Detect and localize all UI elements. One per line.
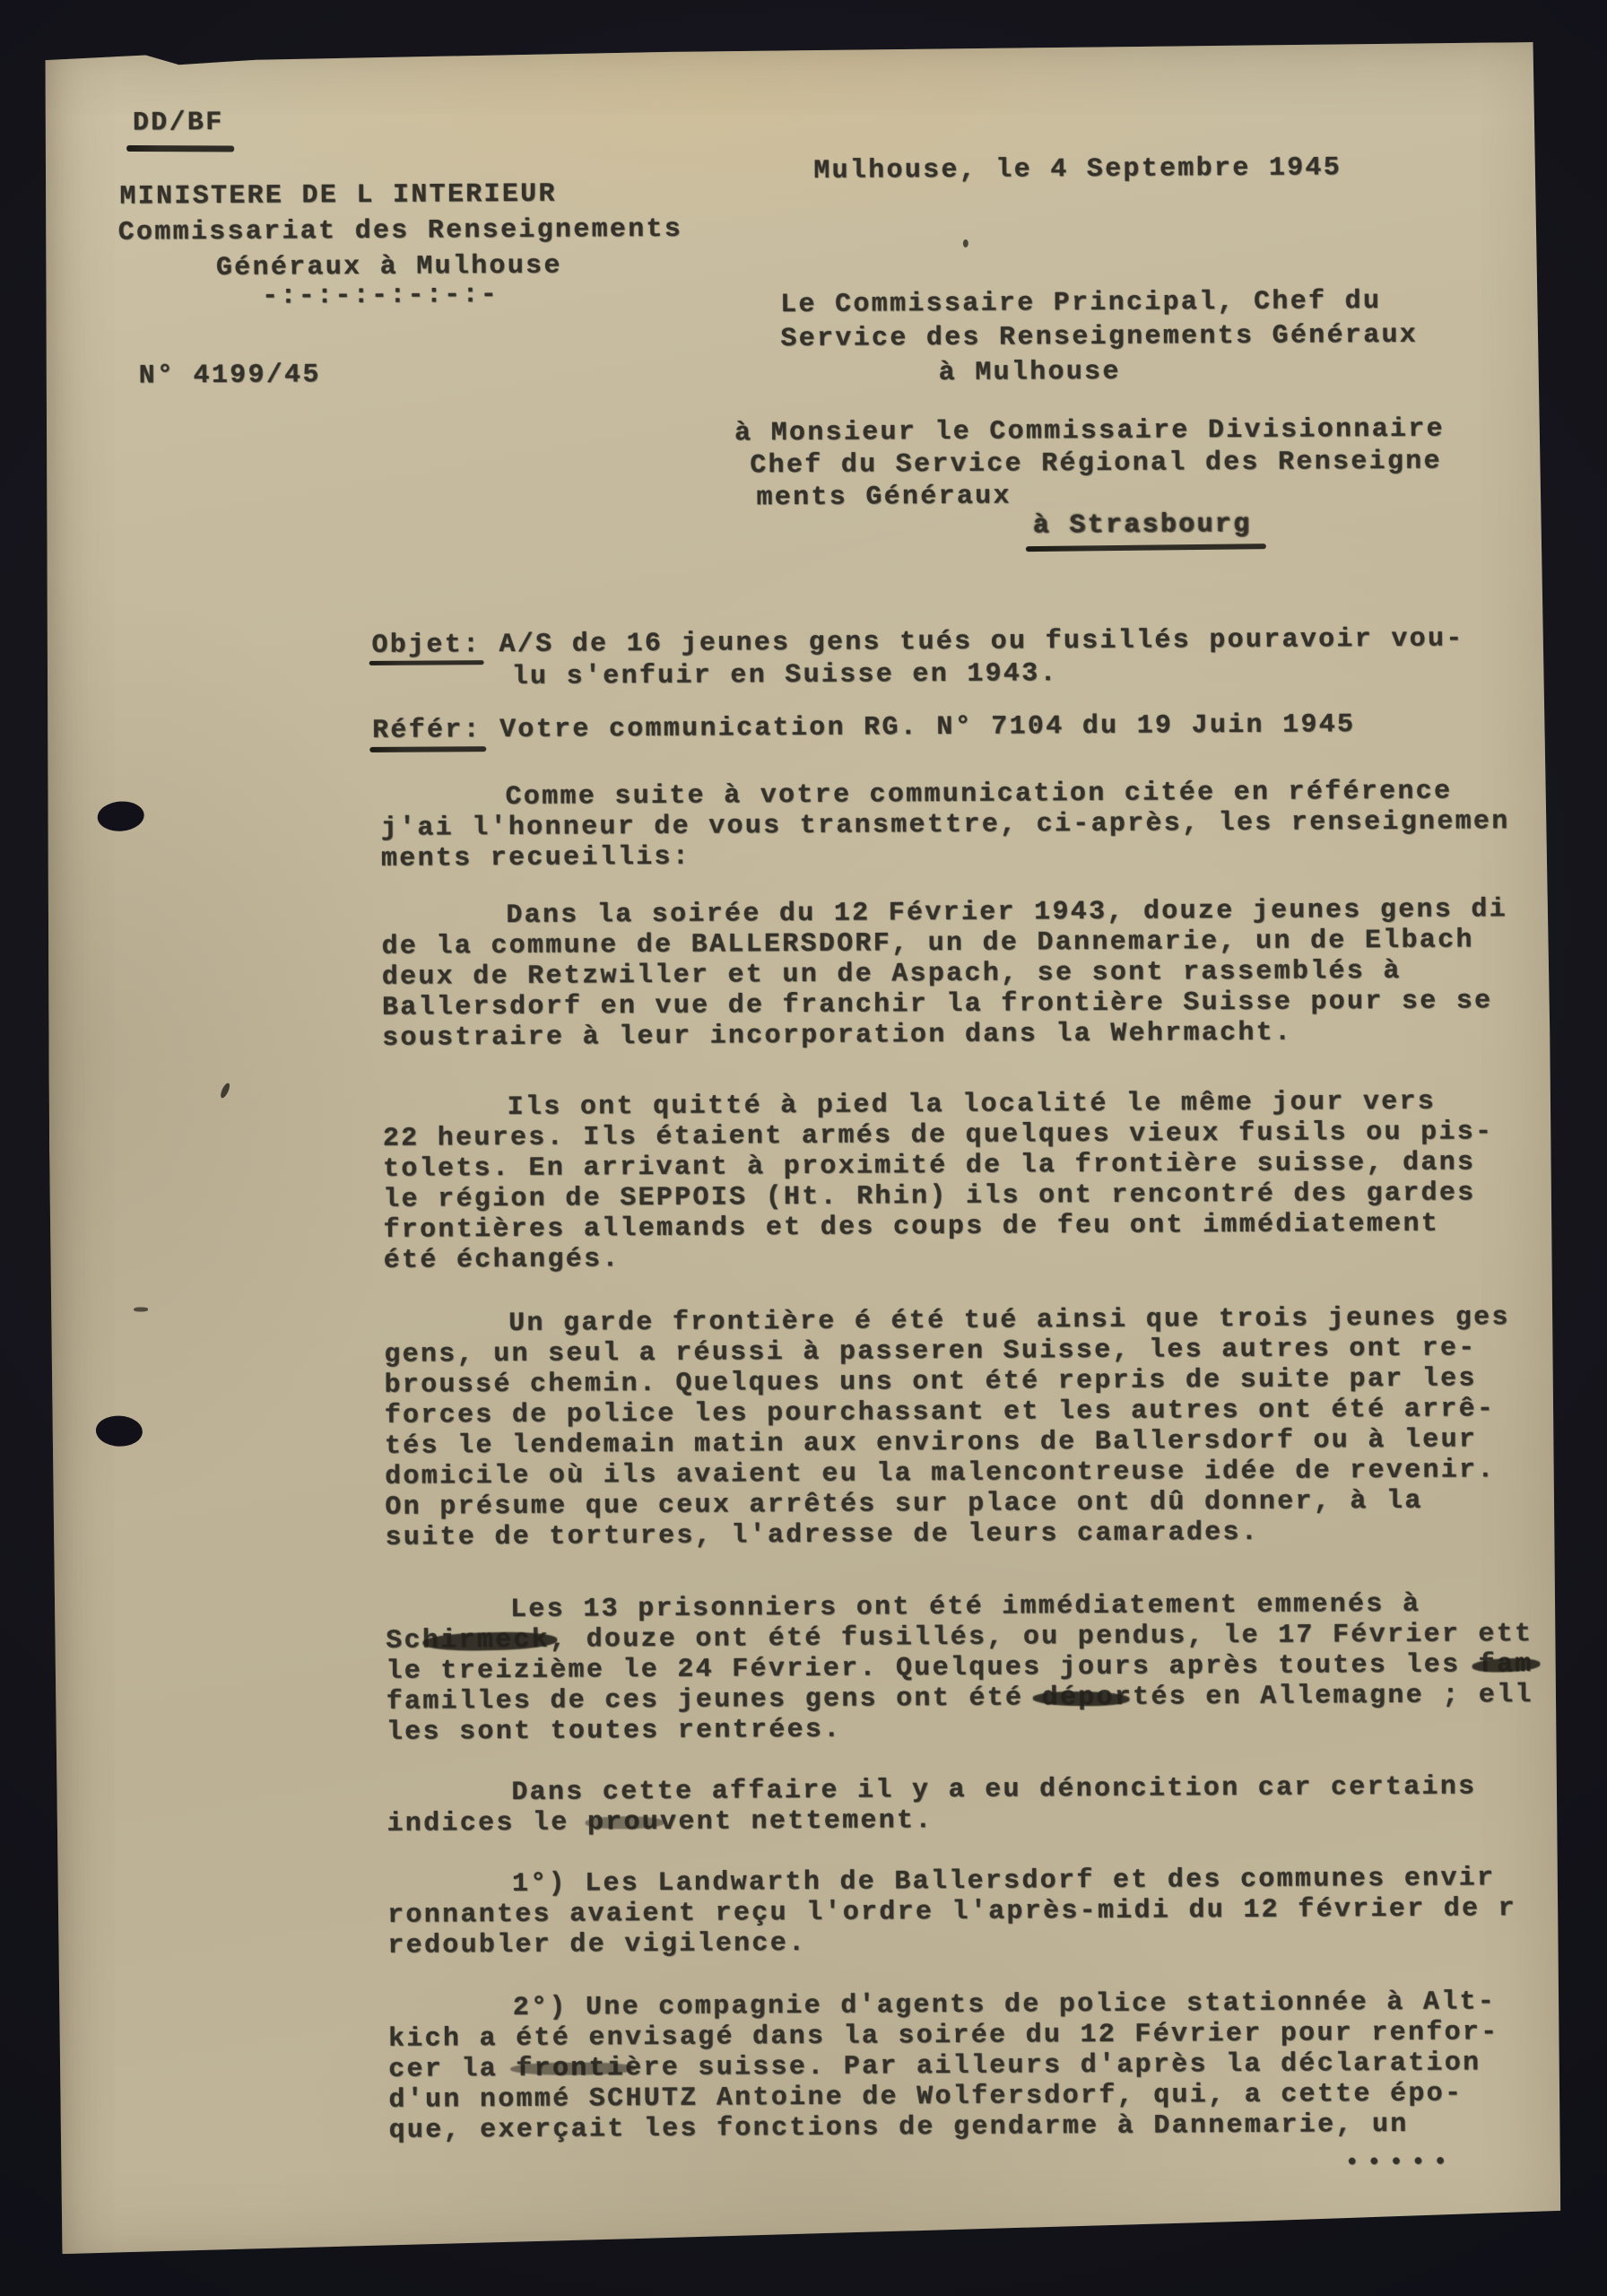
reference-label: Référ: (372, 715, 482, 746)
body-line: ments recueillis: (381, 837, 1556, 874)
punch-hole-top (97, 800, 145, 833)
body-paragraph: Les 13 prisonniers ont été immédiatement… (386, 1588, 1561, 1748)
body-line: été échangés. (384, 1239, 1559, 1276)
body-line: redoubler de vigilence. (387, 1924, 1562, 1961)
reference-text: Votre communication RG. N° 7104 du 19 Ju… (499, 709, 1355, 745)
body-paragraph: Dans la soirée du 12 Février 1943, douze… (381, 894, 1557, 1054)
body-paragraph: 1°) Les Landwarth de Ballersdorf et des … (387, 1863, 1563, 1961)
reference-label-underline (369, 746, 486, 752)
body-paragraph: Comme suite à votre communication citée … (380, 776, 1556, 874)
body-paragraph: Un garde frontière é été tué ainsi que t… (384, 1302, 1560, 1553)
punch-hole-bottom (95, 1414, 143, 1447)
body-line: soustraire à leur incorporation dans la … (382, 1016, 1557, 1054)
ink-mark (134, 1307, 148, 1311)
sender-title-city: à Mulhouse (939, 357, 1121, 388)
recipient-line-2: Chef du Service Régional des Renseigne (750, 447, 1442, 482)
separator-ornament: -:-:-:-:-:-:- (262, 280, 499, 312)
recipient-city-underline (1026, 544, 1266, 552)
body-line: suite de tortures, l'adresse de leurs ca… (386, 1516, 1560, 1553)
body-line: les sont toutes rentrées. (387, 1710, 1561, 1748)
body-paragraph: Ils ont quitté à pied la localité le mêm… (383, 1086, 1559, 1276)
sender-title-line-2: Service des Renseignements Généraux (780, 320, 1418, 354)
body-line: que, exerçait les fonctions de gendarme … (389, 2109, 1564, 2146)
drafter-initials: DD/BF (133, 108, 224, 139)
document-number: N° 4199/45 (139, 360, 321, 391)
dateline: Mulhouse, le 4 Septembre 1945 (813, 152, 1342, 187)
initials-underline (126, 145, 234, 152)
body-line: indices le prouvent nettement. (387, 1802, 1561, 1839)
continuation-dots: ••••• (1345, 2147, 1455, 2179)
sender-ministry: MINISTERE DE L INTERIEUR (119, 179, 556, 213)
recipient-line-1: à Monsieur le Commissaire Divisionnaire (734, 414, 1445, 449)
subject-line-1: A/S de 16 jeunes gens tués ou fusillés p… (499, 623, 1464, 660)
subject-label-underline (369, 660, 484, 665)
recipient-line-3: ments Généraux (756, 482, 1011, 514)
sender-office-city: Généraux à Mulhouse (216, 251, 562, 283)
ink-mark (219, 1082, 231, 1099)
subject-line-2: lu s'enfuir en Suisse en 1943. (512, 658, 1058, 692)
sender-office: Commissariat des Renseignements (118, 214, 683, 248)
ink-scribble (586, 1816, 665, 1830)
recipient-city: à Strasbourg (1033, 509, 1252, 541)
sender-title-line-1: Le Commissaire Principal, Chef du (780, 286, 1381, 320)
letter-body: Comme suite à votre communication citée … (380, 776, 1563, 2146)
ink-mark (963, 239, 969, 248)
document-page: DD/BF MINISTERE DE L INTERIEUR Commissar… (42, 42, 1562, 2259)
subject-label: Objet: (371, 630, 481, 661)
body-paragraph: Dans cette affaire il y a eu dénoncition… (387, 1771, 1561, 1839)
